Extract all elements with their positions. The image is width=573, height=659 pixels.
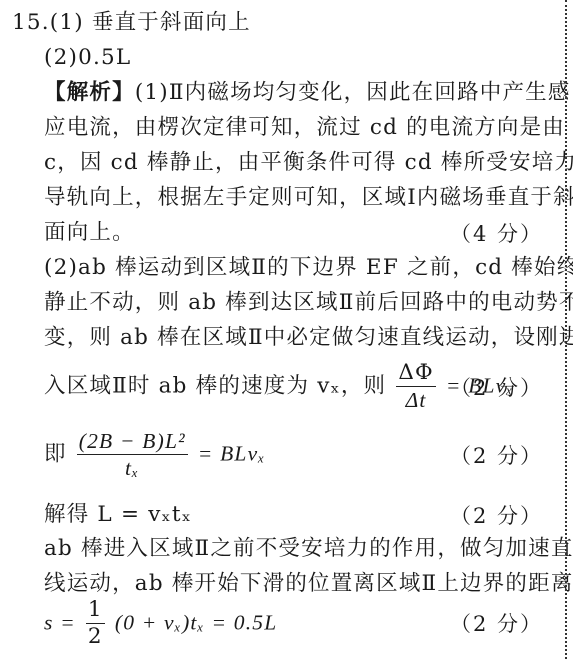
eq2-fraction: (2B − B)L² tₓ — [77, 428, 188, 481]
eq2-prefix: 即 — [44, 442, 67, 467]
equation-2: 即 (2B − B)L² tₓ = BLvₓ — [44, 428, 266, 481]
part1-label: (1) — [50, 10, 84, 35]
eq2-rhs: = BLvₓ — [198, 442, 266, 466]
analysis-line-3: c，因 cd 棒静止，由平衡条件可得 cd 棒所受安培力沿 — [44, 148, 573, 178]
score-eq1: （2 分） — [450, 372, 543, 402]
analysis-line-9: ab 棒进入区域Ⅱ之前不受安培力的作用，做匀加速直 — [44, 534, 573, 564]
equation-3: 解得 L = vₓtₓ — [44, 500, 192, 530]
analysis-line-5: 面向上。 — [44, 218, 135, 248]
question-number: 15. — [12, 10, 50, 35]
eq1-prefix: 入区域Ⅱ时 ab 棒的速度为 vₓ，则 — [44, 374, 386, 399]
dotted-margin-line — [565, 0, 567, 659]
analysis-line-1: 【解析】(1)Ⅱ内磁场均匀变化，因此在回路中产生感 — [44, 78, 571, 108]
score-p1: （4 分） — [450, 218, 543, 248]
analysis-line-10: 线运动，ab 棒开始下滑的位置离区域Ⅱ上边界的距离 — [44, 569, 573, 599]
eq4-denominator: 2 — [86, 624, 105, 650]
score-eq3: （2 分） — [450, 500, 543, 530]
analysis-line-8: 变，则 ab 棒在区域Ⅱ中必定做匀速直线运动，设刚进 — [44, 323, 573, 353]
part2-label: (2) — [44, 45, 78, 70]
eq1-fraction: ΔΦ Δt — [396, 360, 436, 413]
part2-answer: 0.5L — [78, 45, 131, 70]
answer-part1: 15.(1) 垂直于斜面向上 — [12, 8, 251, 38]
analysis-line-2: 应电流，由楞次定律可知，流过 cd 的电流方向是由 d→ — [44, 113, 573, 143]
eq4-numerator: 1 — [86, 597, 105, 624]
eq1-numerator: ΔΦ — [396, 360, 436, 387]
equation-1: 入区域Ⅱ时 ab 棒的速度为 vₓ，则 ΔΦ Δt = BLvₓ — [44, 360, 514, 413]
analysis-line-7: 静止不动，则 ab 棒到达区域Ⅱ前后回路中的电动势不 — [44, 288, 573, 318]
analysis-line-4: 导轨向上，根据左手定则可知，区域Ⅰ内磁场垂直于斜 — [44, 183, 573, 213]
score-eq4: （2 分） — [450, 608, 543, 638]
part1-answer: 垂直于斜面向上 — [92, 10, 251, 35]
analysis-heading: 【解析】 — [44, 80, 135, 105]
analysis-text: (1)Ⅱ内磁场均匀变化，因此在回路中产生感 — [135, 80, 571, 105]
eq4-rhs: (0 + vₓ)tₓ = 0.5L — [115, 611, 278, 635]
answer-part2: (2)0.5L — [44, 43, 131, 73]
eq4-fraction: 1 2 — [86, 597, 105, 650]
score-eq2: （2 分） — [450, 440, 543, 470]
eq4-prefix: s = — [44, 611, 76, 635]
analysis-line-6: (2)ab 棒运动到区域Ⅱ的下边界 EF 之前，cd 棒始终 — [44, 253, 573, 283]
eq1-denominator: Δt — [396, 387, 436, 413]
equation-4: s = 1 2 (0 + vₓ)tₓ = 0.5L — [44, 597, 277, 650]
eq2-denominator: tₓ — [77, 455, 188, 481]
eq2-numerator: (2B − B)L² — [77, 428, 188, 455]
